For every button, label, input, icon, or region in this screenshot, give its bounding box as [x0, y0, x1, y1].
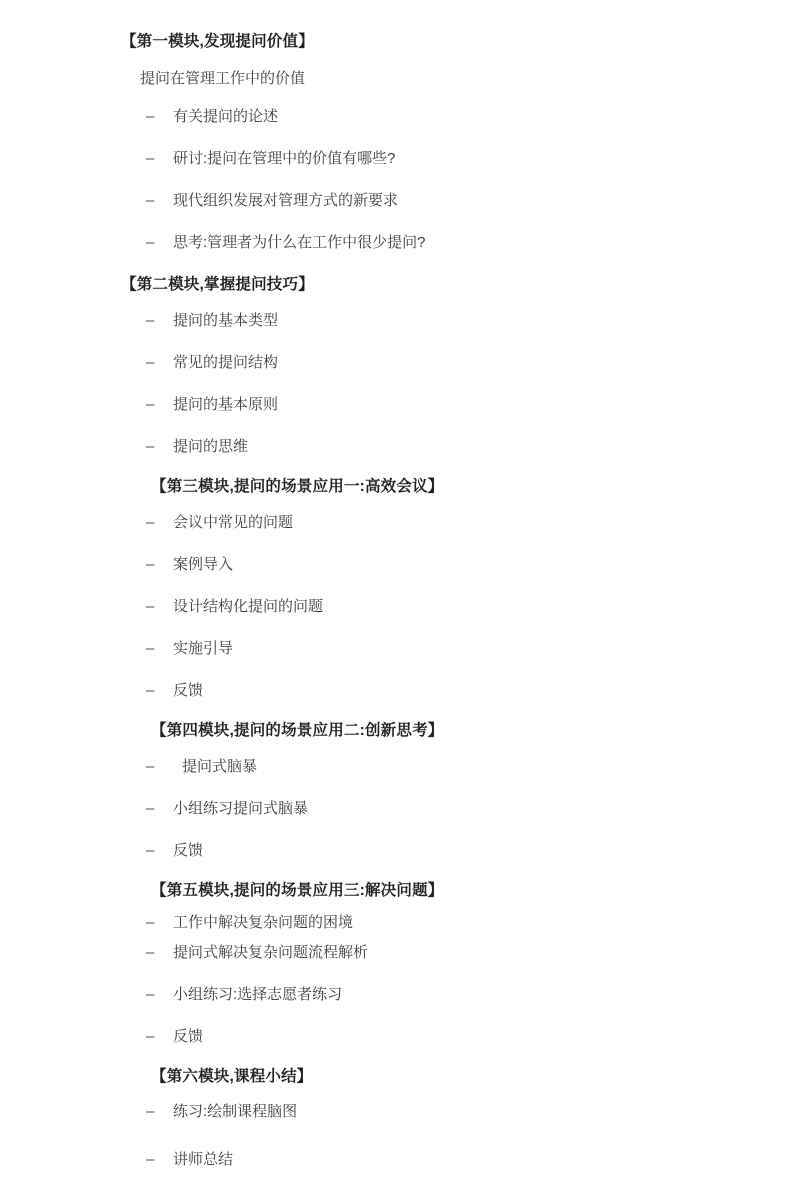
module-3-heading: 【第三模块,提问的场景应用一:高效会议】	[151, 477, 800, 497]
dash-bullet: –	[146, 1150, 173, 1170]
dash-bullet: –	[146, 1027, 173, 1047]
dash-bullet: –	[146, 395, 173, 415]
outline-item: – 讲师总结	[146, 1150, 800, 1170]
dash-bullet: –	[146, 513, 173, 533]
item-text: 练习:绘制课程脑图	[173, 1102, 297, 1122]
outline-item: – 研讨:提问在管理中的价值有哪些?	[146, 149, 800, 169]
outline-item: – 练习:绘制课程脑图	[146, 1102, 800, 1122]
item-text: 常见的提问结构	[173, 353, 278, 373]
item-text: 讲师总结	[173, 1150, 233, 1170]
dash-bullet: –	[146, 311, 173, 331]
item-text: 提问的思维	[173, 437, 248, 457]
module-5-heading: 【第五模块,提问的场景应用三:解决问题】	[151, 881, 800, 901]
dash-bullet: –	[146, 913, 173, 933]
module-6-heading: 【第六模块,课程小结】	[151, 1067, 800, 1087]
item-text: 反馈	[173, 681, 203, 701]
item-text: 提问的基本原则	[173, 395, 278, 415]
item-text: 提问式解决复杂问题流程解析	[173, 943, 368, 963]
outline-item: – 提问式解决复杂问题流程解析	[146, 943, 800, 963]
outline-item: – 思考:管理者为什么在工作中很少提问?	[146, 233, 800, 253]
item-text: 工作中解决复杂问题的困境	[173, 913, 353, 933]
item-text: 反馈	[173, 841, 203, 861]
outline-item: – 会议中常见的问题	[146, 513, 800, 533]
item-text: 小组练习提问式脑暴	[173, 799, 308, 819]
item-text: 会议中常见的问题	[173, 513, 293, 533]
outline-item: – 提问的基本原则	[146, 395, 800, 415]
module-1-subtitle: 提问在管理工作中的价值	[140, 69, 800, 89]
item-text: 反馈	[173, 1027, 203, 1047]
item-text: 小组练习:选择志愿者练习	[173, 985, 342, 1005]
dash-bullet: –	[146, 107, 173, 127]
item-text: 研讨:提问在管理中的价值有哪些?	[173, 149, 396, 169]
dash-bullet: –	[146, 233, 173, 253]
dash-bullet: –	[146, 985, 173, 1005]
outline-item: – 工作中解决复杂问题的困境	[146, 913, 800, 933]
item-text: 现代组织发展对管理方式的新要求	[173, 191, 398, 211]
module-1-heading: 【第一模块,发现提问价值】	[121, 32, 800, 52]
dash-bullet: –	[146, 841, 173, 861]
outline-item: – 实施引导	[146, 639, 800, 659]
outline-item: – 反馈	[146, 1027, 800, 1047]
dash-bullet: –	[146, 597, 173, 617]
module-4-heading: 【第四模块,提问的场景应用二:创新思考】	[151, 721, 800, 741]
dash-bullet: –	[146, 191, 173, 211]
item-text: 实施引导	[173, 639, 233, 659]
item-text: 提问的基本类型	[173, 311, 278, 331]
document-page: 【第一模块,发现提问价值】 提问在管理工作中的价值 – 有关提问的论述 – 研讨…	[0, 0, 800, 1201]
dash-bullet: –	[146, 149, 173, 169]
dash-bullet: –	[146, 1102, 173, 1122]
module-2-heading: 【第二模块,掌握提问技巧】	[121, 275, 800, 295]
outline-item: – 反馈	[146, 841, 800, 861]
dash-bullet: –	[146, 943, 173, 963]
dash-bullet: –	[146, 555, 173, 575]
outline-item: – 有关提问的论述	[146, 107, 800, 127]
dash-bullet: –	[146, 757, 173, 777]
outline-item: – 反馈	[146, 681, 800, 701]
dash-bullet: –	[146, 437, 173, 457]
outline-item: – 案例导入	[146, 555, 800, 575]
dash-bullet: –	[146, 353, 173, 373]
outline-item: – 提问的基本类型	[146, 311, 800, 331]
item-text: 有关提问的论述	[173, 107, 278, 127]
outline-item: – 现代组织发展对管理方式的新要求	[146, 191, 800, 211]
item-text: 设计结构化提问的问题	[173, 597, 323, 617]
outline-item: – 常见的提问结构	[146, 353, 800, 373]
item-text: 案例导入	[173, 555, 233, 575]
dash-bullet: –	[146, 681, 173, 701]
outline-item: – 小组练习:选择志愿者练习	[146, 985, 800, 1005]
item-text: 提问式脑暴	[173, 757, 257, 777]
outline-item: – 提问式脑暴	[146, 757, 800, 777]
outline-item: – 设计结构化提问的问题	[146, 597, 800, 617]
item-text: 思考:管理者为什么在工作中很少提问?	[173, 233, 426, 253]
dash-bullet: –	[146, 799, 173, 819]
outline-item: – 提问的思维	[146, 437, 800, 457]
dash-bullet: –	[146, 639, 173, 659]
outline-item: – 小组练习提问式脑暴	[146, 799, 800, 819]
